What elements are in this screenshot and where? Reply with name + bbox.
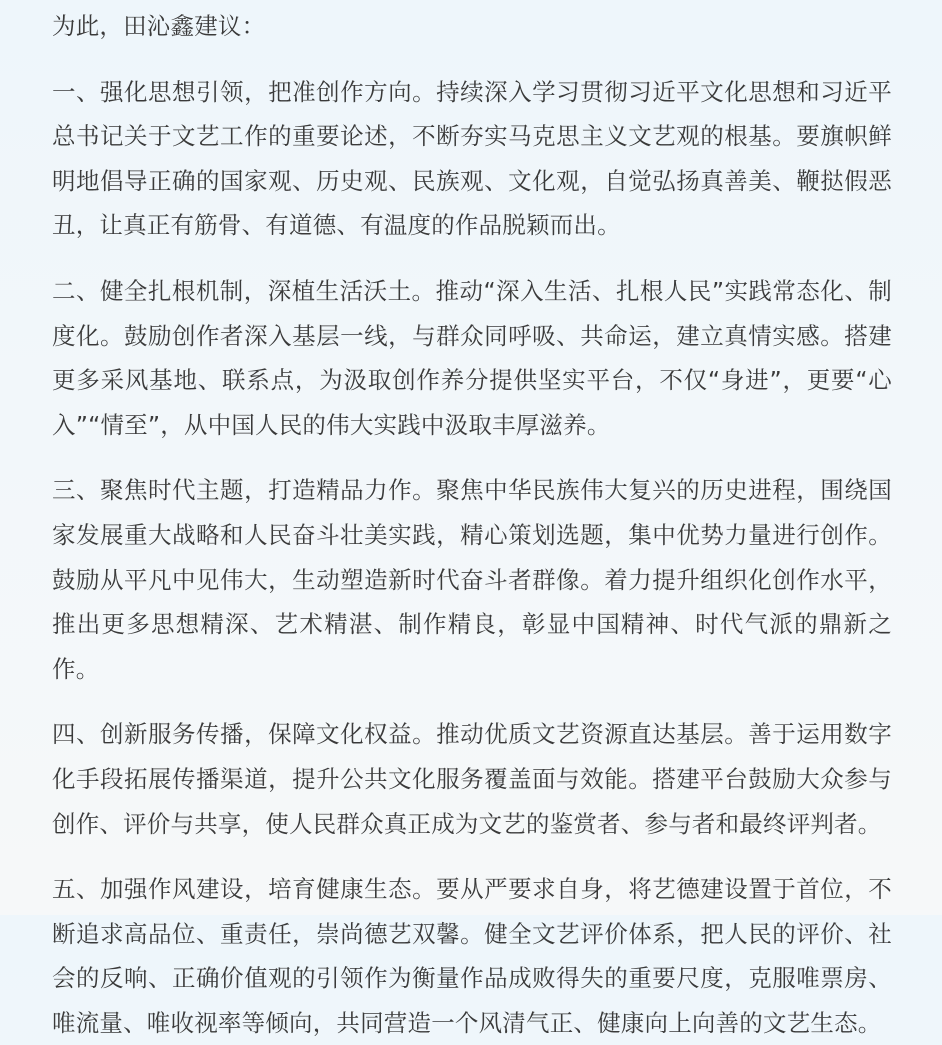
suggestion-paragraph-5: 五、加强作风建设，培育健康生态。要从严要求自身，将艺德建设置于首位，不断追求高品… [52,867,892,915]
intro-paragraph: 为此，田沁鑫建议： [52,4,892,49]
suggestion-paragraph-2: 二、健全扎根机制，深植生活沃土。推动“深入生活、扎根人民”实践常态化、制度化。鼓… [52,269,892,447]
suggestion-paragraph-4: 四、创新服务传播，保障文化权益。推动优质文艺资源直达基层。善于运用数字化手段拓展… [52,712,892,846]
suggestion-paragraph-1: 一、强化思想引领，把准创作方向。持续深入学习贯彻习近平文化思想和习近平总书记关于… [52,70,892,248]
suggestion-paragraph-3: 三、聚焦时代主题，打造精品力作。聚焦中华民族伟大复兴的历史进程，围绕国家发展重大… [52,468,892,691]
article-body: 为此，田沁鑫建议： 一、强化思想引领，把准创作方向。持续深入学习贯彻习近平文化思… [52,4,892,915]
